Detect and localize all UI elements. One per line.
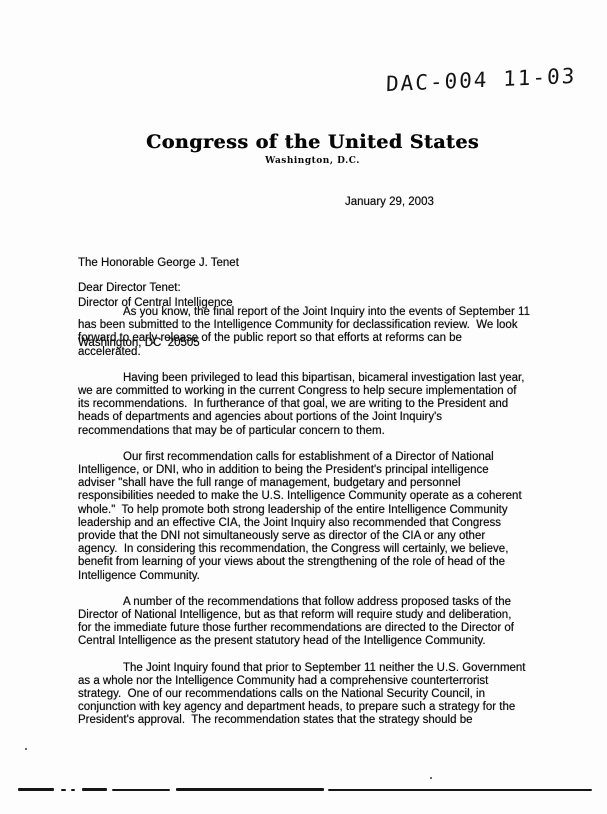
scan-line-segment	[328, 789, 592, 791]
scanned-letter-page: DAC-004 11-03 Congress of the United Sta…	[0, 0, 607, 814]
scan-line-segment	[176, 788, 324, 791]
letterhead-subtitle: Washington, D.C.	[18, 156, 607, 166]
scan-line-artifact	[18, 788, 592, 791]
letter-body: As you know, the final report of the Joi…	[78, 306, 546, 741]
recipient-name: The Honorable George J. Tenet	[78, 257, 239, 270]
scan-line-segment	[71, 789, 75, 791]
scan-speck	[430, 777, 432, 779]
salutation: Dear Director Tenet:	[78, 282, 181, 294]
scan-speck	[25, 748, 27, 750]
handwritten-reference-number: DAC-004 11-03	[386, 64, 577, 96]
paragraph-1: As you know, the final report of the Joi…	[78, 306, 546, 359]
scan-line-segment	[18, 788, 54, 791]
scan-line-segment	[61, 789, 66, 791]
paragraph-4: A number of the recommendations that fol…	[78, 596, 546, 649]
paragraph-2: Having been privileged to lead this bipa…	[78, 372, 546, 438]
scan-line-segment	[112, 789, 170, 791]
letterhead: Congress of the United States Washington…	[0, 131, 607, 166]
scan-line-segment	[82, 788, 107, 791]
letter-date: January 29, 2003	[345, 196, 434, 208]
paragraph-5: The Joint Inquiry found that prior to Se…	[78, 662, 546, 728]
paragraph-3: Our first recommendation calls for estab…	[78, 451, 546, 583]
letterhead-title: Congress of the United States	[18, 131, 607, 153]
